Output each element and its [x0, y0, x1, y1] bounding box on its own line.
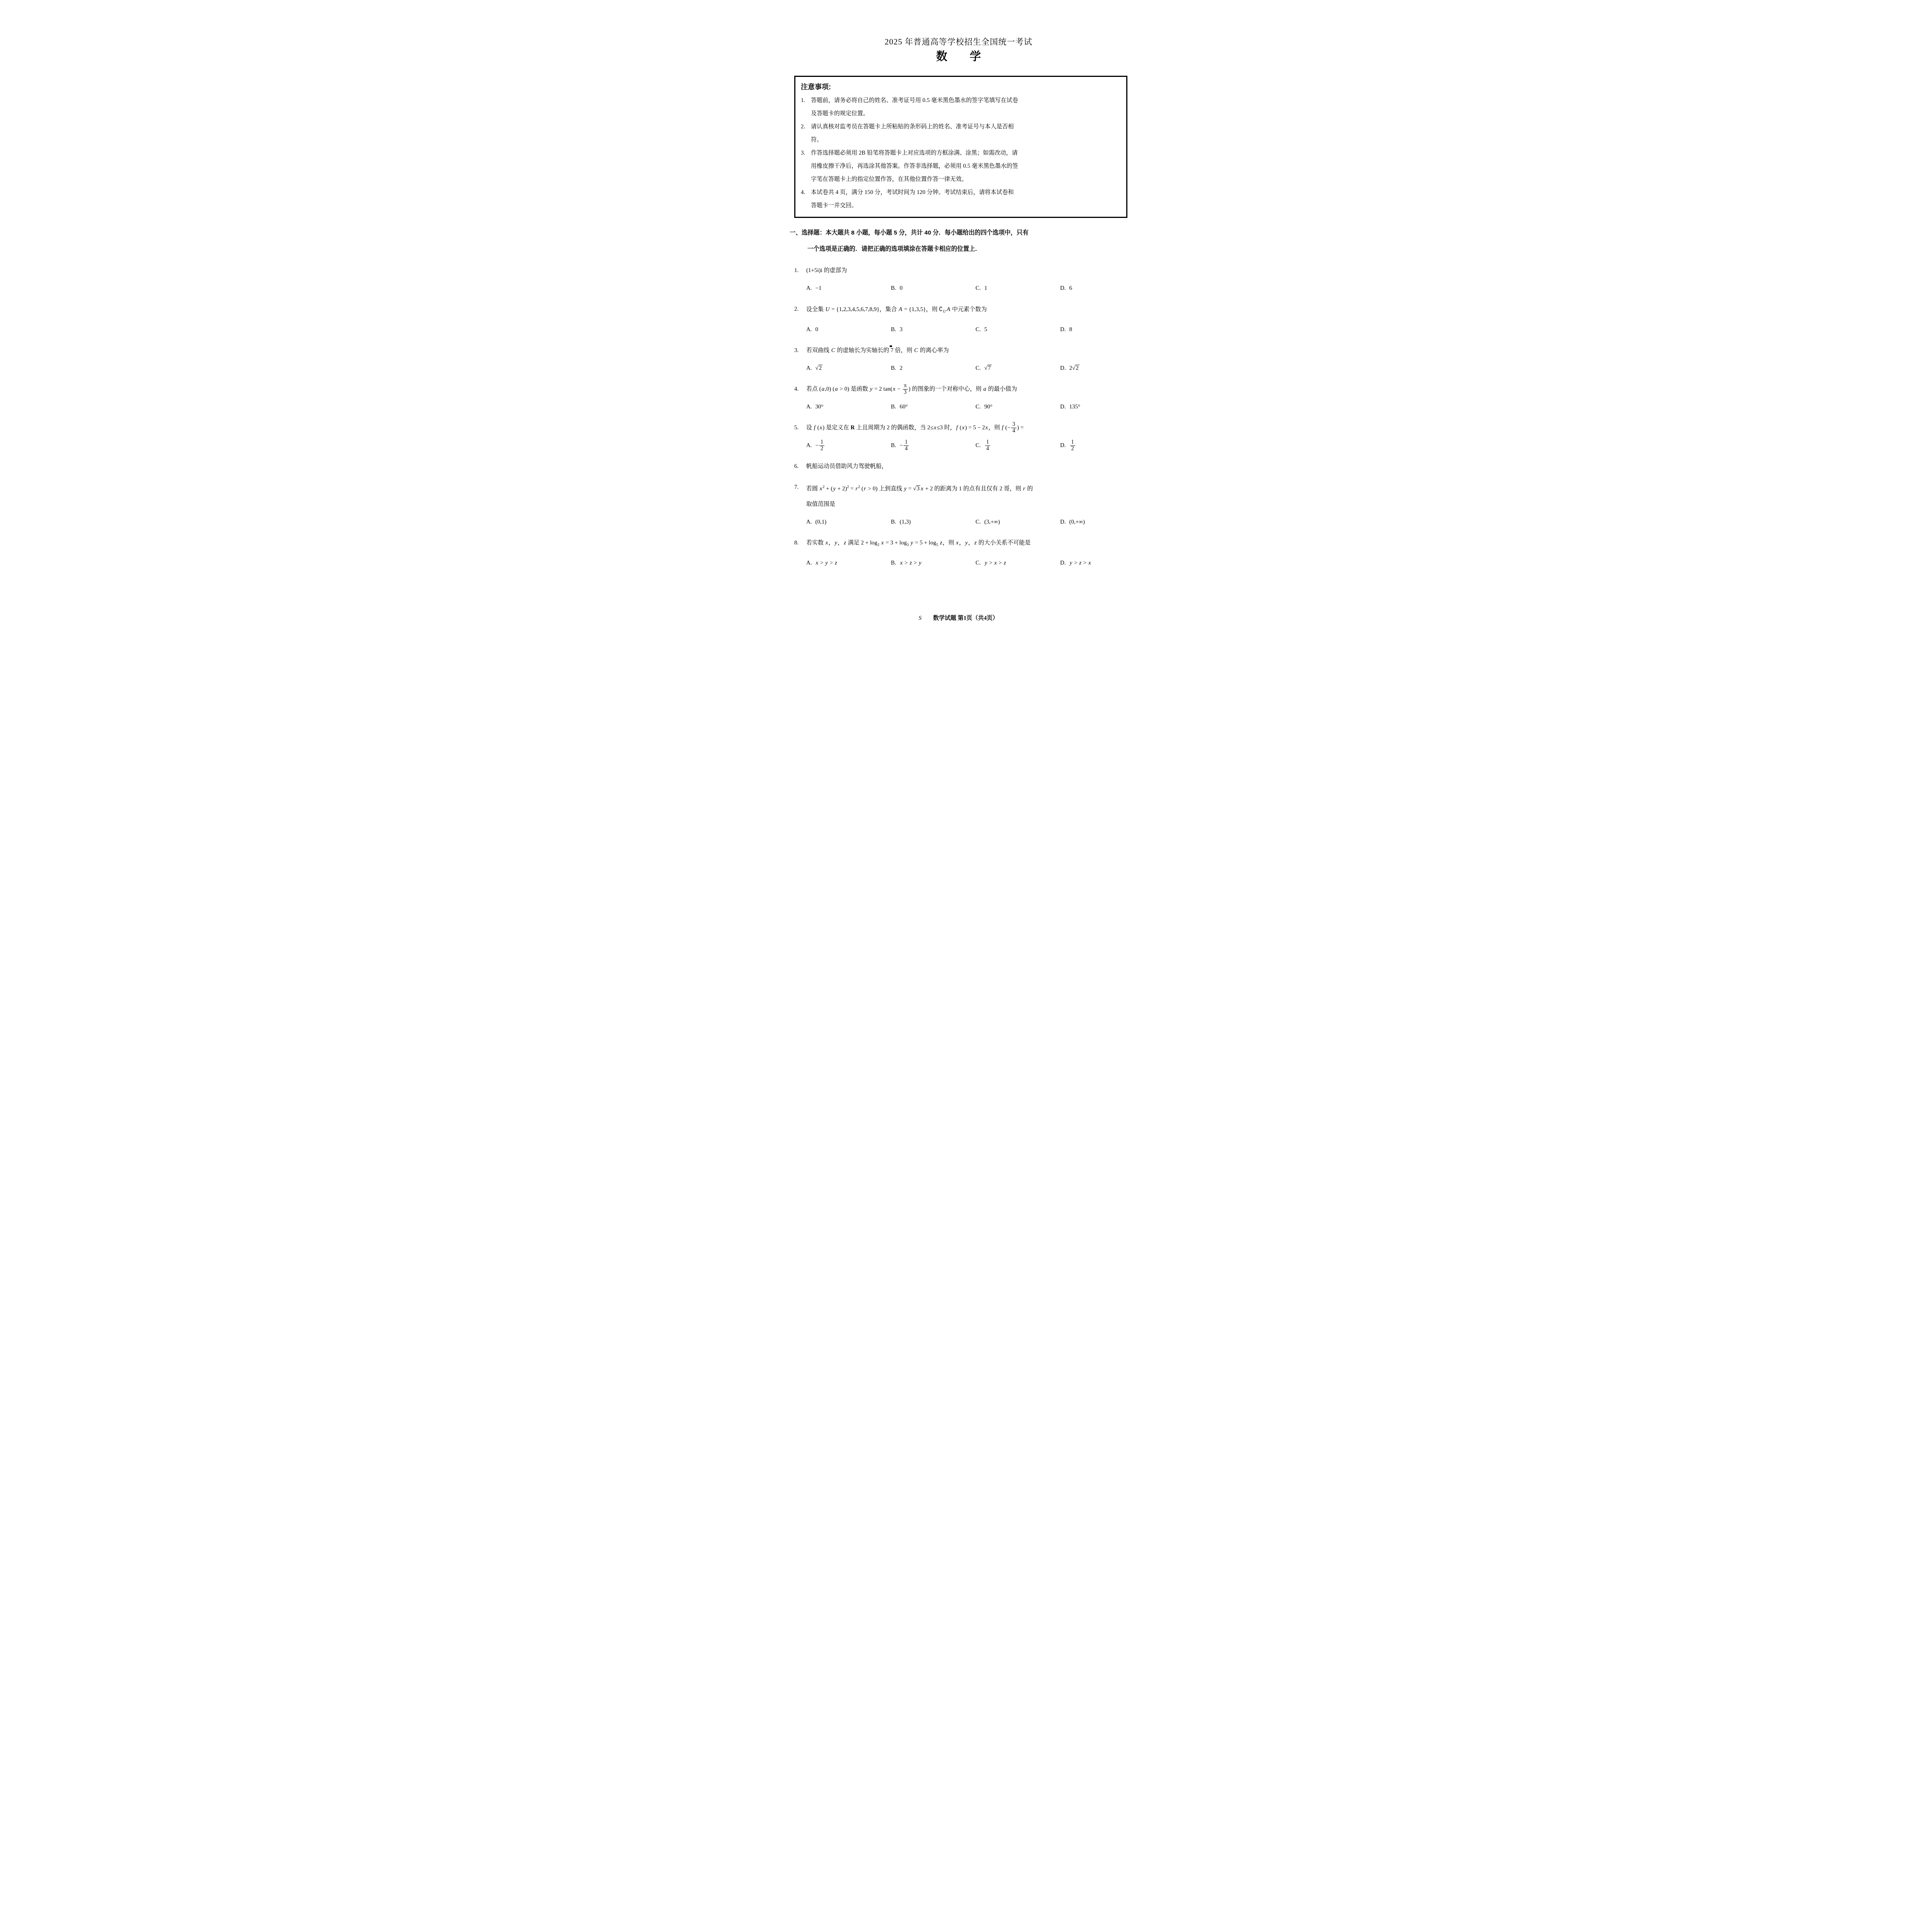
notice-item-text: 本试卷共 4 页，满分 150 分，考试时间为 120 分钟。考试结束后，请将本…	[811, 186, 1120, 212]
option-label: C.	[976, 560, 981, 566]
question-text: 若双曲线 C 的虚轴长为实轴长的 7 倍，则 C 的离心率为	[806, 343, 1127, 358]
question-number: 6.	[794, 459, 806, 474]
page-footer: S数学试题 第1页（共4页）	[719, 614, 1198, 622]
footer-exam-code: S	[919, 615, 922, 621]
options-row: A.−12B.−14C.14D.12	[806, 438, 1127, 453]
option-1d: D.6	[1060, 281, 1145, 296]
option-label: D.	[1060, 560, 1066, 566]
option-5a: A.−12	[806, 438, 891, 453]
option-3b: B.2	[891, 361, 976, 376]
notice-item-number: 2.	[801, 120, 811, 146]
option-label: D.	[1060, 285, 1066, 291]
option-5b: B.−14	[891, 438, 976, 453]
option-label: B.	[891, 365, 896, 371]
notice-box: 注意事项: 1.答题前，请务必将自己的姓名、准考证号用 0.5 毫米黑色墨水的签…	[794, 76, 1127, 218]
option-2c: C.5	[976, 322, 1060, 337]
question-stem: 5.设 f (x) 是定义在 R 上且周期为 2 的偶函数，当 2≤x≤3 时，…	[794, 420, 1127, 435]
option-label: C.	[976, 404, 981, 410]
option-label: A.	[806, 327, 812, 333]
question-number: 2.	[794, 301, 806, 320]
option-label: D.	[1060, 519, 1066, 525]
question-stem: 3.若双曲线 C 的虚轴长为实轴长的 7 倍，则 C 的离心率为	[794, 343, 1127, 358]
option-3d: D.2√2	[1060, 361, 1145, 376]
option-5d: D.12	[1060, 438, 1145, 453]
question-3: 3.若双曲线 C 的虚轴长为实轴长的 7 倍，则 C 的离心率为A.√2B.2C…	[790, 343, 1127, 376]
option-8a: A.x > y > z	[806, 555, 891, 571]
page-content: 2025 年普通高等学校招生全国统一考试 数 学 注意事项: 1.答题前，请务必…	[790, 0, 1127, 571]
option-label: C.	[976, 327, 981, 333]
question-stem: 2.设全集 U = {1,2,3,4,5,6,7,8,9}，集合 A = {1,…	[794, 301, 1127, 320]
option-label: A.	[806, 560, 812, 566]
option-1a: A.−1	[806, 281, 891, 296]
options-row: A.√2B.2C.√7D.2√2	[806, 361, 1127, 376]
option-3a: A.√2	[806, 361, 891, 376]
exam-page: 2025 年普通高等学校招生全国统一考试 数 学 注意事项: 1.答题前，请务必…	[719, 0, 1198, 639]
question-stem: 1.(1+5i)i 的虚部为	[794, 263, 1127, 278]
option-label: A.	[806, 365, 812, 371]
notice-item-2: 2.请认真核对监考员在答题卡上所粘贴的条形码上的姓名、准考证号与本人是否相符。	[801, 120, 1120, 146]
question-text: 若实数 x，y，z 满足 2 + log2 x = 3 + log3 y = 5…	[806, 535, 1127, 553]
exam-title: 2025 年普通高等学校招生全国统一考试	[790, 36, 1127, 47]
question-number: 5.	[794, 420, 806, 435]
question-number: 7.	[794, 480, 806, 512]
question-7: 7.若圆 x2 + (y + 2)2 = r2 (r > 0) 上到直线 y =…	[790, 480, 1127, 530]
option-7c: C.(3,+∞)	[976, 514, 1060, 530]
question-list: 1.(1+5i)i 的虚部为A.−1B.0C.1D.62.设全集 U = {1,…	[790, 263, 1127, 571]
option-2d: D.8	[1060, 322, 1145, 337]
question-stem: 7.若圆 x2 + (y + 2)2 = r2 (r > 0) 上到直线 y =…	[794, 480, 1127, 512]
option-2b: B.3	[891, 322, 976, 337]
option-label: D.	[1060, 327, 1066, 333]
options-row: A.x > y > zB.x > z > yC.y > x > zD.y > z…	[806, 555, 1127, 571]
option-2a: A.0	[806, 322, 891, 337]
question-text: 若点 (a,0) (a > 0) 是函数 y = 2 tan(x − π3) 的…	[806, 381, 1127, 397]
option-label: B.	[891, 442, 896, 449]
question-text: 帆船运动员借助风力驾驶帆船，	[806, 459, 1127, 474]
notice-item-number: 4.	[801, 186, 811, 212]
notice-item-text: 答题前，请务必将自己的姓名、准考证号用 0.5 毫米黑色墨水的签字笔填写在试卷及…	[811, 94, 1120, 120]
notice-item-text: 请认真核对监考员在答题卡上所粘贴的条形码上的姓名、准考证号与本人是否相符。	[811, 120, 1120, 146]
section-heading: 一、选择题：本大题共 8 小题，每小题 5 分，共计 40 分．每小题给出的四个…	[790, 225, 1127, 257]
option-7a: A.(0,1)	[806, 514, 891, 530]
notice-item-text: 作答选择题必须用 2B 铅笔将答题卡上对应选项的方框涂满、涂黑；如需改动，请用橡…	[811, 146, 1120, 186]
option-label: D.	[1060, 442, 1066, 449]
option-label: B.	[891, 519, 896, 525]
question-8: 8.若实数 x，y，z 满足 2 + log2 x = 3 + log3 y =…	[790, 535, 1127, 571]
option-label: C.	[976, 519, 981, 525]
question-text: 设 f (x) 是定义在 R 上且周期为 2 的偶函数，当 2≤x≤3 时，f …	[806, 420, 1127, 435]
question-2: 2.设全集 U = {1,2,3,4,5,6,7,8,9}，集合 A = {1,…	[790, 301, 1127, 337]
question-stem: 6.帆船运动员借助风力驾驶帆船，	[794, 459, 1127, 474]
option-label: B.	[891, 404, 896, 410]
question-6: 6.帆船运动员借助风力驾驶帆船，	[790, 459, 1127, 474]
option-4b: B.60°	[891, 399, 976, 415]
question-5: 5.设 f (x) 是定义在 R 上且周期为 2 的偶函数，当 2≤x≤3 时，…	[790, 420, 1127, 453]
question-number: 8.	[794, 535, 806, 553]
option-4d: D.135°	[1060, 399, 1145, 415]
option-4c: C.90°	[976, 399, 1060, 415]
notice-item-number: 3.	[801, 146, 811, 186]
question-number: 3.	[794, 343, 806, 358]
option-label: A.	[806, 404, 812, 410]
notice-item-3: 3.作答选择题必须用 2B 铅笔将答题卡上对应选项的方框涂满、涂黑；如需改动，请…	[801, 146, 1120, 186]
option-label: B.	[891, 560, 896, 566]
notice-list: 1.答题前，请务必将自己的姓名、准考证号用 0.5 毫米黑色墨水的签字笔填写在试…	[801, 94, 1120, 212]
options-row: A.30°B.60°C.90°D.135°	[806, 399, 1127, 415]
option-label: A.	[806, 442, 812, 449]
question-text: 若圆 x2 + (y + 2)2 = r2 (r > 0) 上到直线 y = √…	[806, 480, 1127, 512]
subject-title: 数 学	[790, 49, 1127, 65]
options-row: A.0B.3C.5D.8	[806, 322, 1127, 337]
option-1b: B.0	[891, 281, 976, 296]
question-stem: 8.若实数 x，y，z 满足 2 + log2 x = 3 + log3 y =…	[794, 535, 1127, 553]
option-label: C.	[976, 365, 981, 371]
option-label: A.	[806, 285, 812, 291]
option-label: C.	[976, 442, 981, 449]
option-1c: C.1	[976, 281, 1060, 296]
question-4: 4.若点 (a,0) (a > 0) 是函数 y = 2 tan(x − π3)…	[790, 381, 1127, 415]
option-label: B.	[891, 327, 896, 333]
option-8d: D.y > z > x	[1060, 555, 1145, 571]
options-row: A.−1B.0C.1D.6	[806, 281, 1127, 296]
option-label: B.	[891, 285, 896, 291]
footer-label: 数学试题 第1页（共4页）	[933, 615, 998, 621]
question-stem: 4.若点 (a,0) (a > 0) 是函数 y = 2 tan(x − π3)…	[794, 381, 1127, 397]
notice-item-1: 1.答题前，请务必将自己的姓名、准考证号用 0.5 毫米黑色墨水的签字笔填写在试…	[801, 94, 1120, 120]
option-label: D.	[1060, 365, 1066, 371]
question-1: 1.(1+5i)i 的虚部为A.−1B.0C.1D.6	[790, 263, 1127, 296]
option-7d: D.(0,+∞)	[1060, 514, 1145, 530]
option-8b: B.x > z > y	[891, 555, 976, 571]
notice-item-4: 4.本试卷共 4 页，满分 150 分，考试时间为 120 分钟。考试结束后，请…	[801, 186, 1120, 212]
option-7b: B.(1,3)	[891, 514, 976, 530]
notice-heading: 注意事项:	[801, 80, 1120, 94]
option-4a: A.30°	[806, 399, 891, 415]
option-3c: C.√7	[976, 361, 1060, 376]
option-label: A.	[806, 519, 812, 525]
option-8c: C.y > x > z	[976, 555, 1060, 571]
question-number: 4.	[794, 381, 806, 397]
question-text: (1+5i)i 的虚部为	[806, 263, 1127, 278]
options-row: A.(0,1)B.(1,3)C.(3,+∞)D.(0,+∞)	[806, 514, 1127, 530]
question-number: 1.	[794, 263, 806, 278]
option-label: D.	[1060, 404, 1066, 410]
notice-item-number: 1.	[801, 94, 811, 120]
question-text: 设全集 U = {1,2,3,4,5,6,7,8,9}，集合 A = {1,3,…	[806, 301, 1127, 320]
option-label: C.	[976, 285, 981, 291]
option-5c: C.14	[976, 438, 1060, 453]
